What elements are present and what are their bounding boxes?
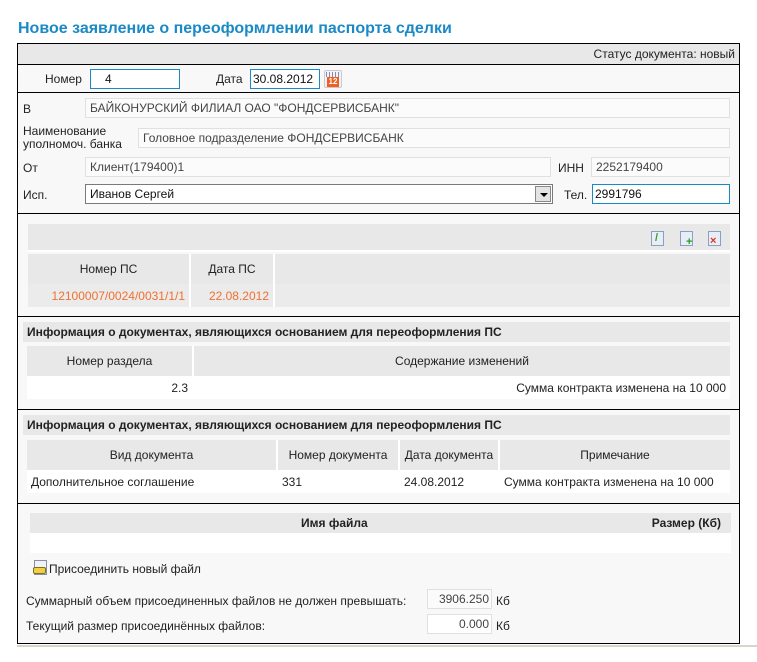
documents-table: Вид документа Номер документа Дата докум… bbox=[27, 440, 730, 493]
ps-number-cell[interactable]: 12100007/0024/0031/1/1 bbox=[28, 284, 190, 307]
chevron-down-icon[interactable] bbox=[535, 186, 551, 202]
add-icon[interactable]: + bbox=[680, 231, 693, 246]
ps-block: / + × Номер ПС Дата ПС 12100007/0024/003… bbox=[18, 214, 739, 317]
ps-toolbar: / + × bbox=[28, 224, 730, 252]
documents-section-title: Информация о документах, являющихся осно… bbox=[23, 415, 730, 435]
table-row[interactable]: Дополнительное соглашение 331 24.08.2012… bbox=[27, 470, 730, 493]
inn-label: ИНН bbox=[558, 161, 584, 175]
edit-icon[interactable]: / bbox=[651, 231, 664, 246]
calendar-icon[interactable]: 12 bbox=[324, 70, 342, 88]
from-field[interactable]: Клиент(179400)1 bbox=[85, 157, 551, 177]
column-header-file-size: Размер (Кб) bbox=[652, 516, 721, 530]
column-header-section-number: Номер раздела bbox=[27, 346, 193, 376]
column-header-doc-date: Дата документа bbox=[399, 440, 499, 470]
date-input[interactable]: 30.08.2012 bbox=[250, 69, 320, 89]
date-label: Дата bbox=[216, 72, 243, 86]
attach-file-icon[interactable] bbox=[34, 560, 47, 575]
current-size-field: 0.000 bbox=[427, 614, 492, 634]
section-number-cell: 2.3 bbox=[27, 376, 193, 399]
documents-section: Информация о документах, являющихся осно… bbox=[18, 410, 739, 504]
max-size-unit: Кб bbox=[496, 594, 510, 608]
doc-date-cell: 24.08.2012 bbox=[399, 470, 499, 493]
files-section: Имя файла Размер (Кб) Присоединить новый… bbox=[18, 504, 739, 643]
changes-table: Номер раздела Содержание изменений 2.3 С… bbox=[27, 346, 730, 399]
parties-block: В БАЙКОНУРСКИЙ ФИЛИАЛ ОАО "ФОНДСЕРВИСБАН… bbox=[18, 93, 739, 214]
ps-date-cell[interactable]: 22.08.2012 bbox=[190, 284, 274, 307]
attach-new-file-link[interactable]: Присоединить новый файл bbox=[49, 562, 201, 576]
column-header-ps-date: Дата ПС bbox=[190, 254, 274, 284]
number-input[interactable]: 4 bbox=[90, 69, 180, 89]
divider bbox=[17, 645, 757, 647]
doc-number-cell: 331 bbox=[277, 470, 399, 493]
column-header-ps-number: Номер ПС bbox=[28, 254, 190, 284]
changes-content-cell: Сумма контракта изменена на 10 000 bbox=[193, 376, 730, 399]
delete-icon[interactable]: × bbox=[708, 231, 721, 246]
changes-section-title: Информация о документах, являющихся осно… bbox=[23, 322, 730, 342]
column-header-file-name: Имя файла bbox=[301, 516, 368, 530]
column-header-doc-note: Примечание bbox=[499, 440, 730, 470]
page-title: Новое заявление о переоформлении паспорт… bbox=[18, 20, 452, 38]
ps-table: Номер ПС Дата ПС 12100007/0024/0031/1/1 … bbox=[28, 254, 730, 307]
column-header-doc-number: Номер документа bbox=[277, 440, 399, 470]
to-field[interactable]: БАЙКОНУРСКИЙ ФИЛИАЛ ОАО "ФОНДСЕРВИСБАНК" bbox=[85, 98, 730, 118]
number-date-row: Номер 4 Дата 30.08.2012 12 bbox=[18, 65, 739, 93]
auth-bank-field[interactable]: Головное подразделение ФОНДСЕРВИСБАНК bbox=[138, 128, 730, 148]
column-header-changes-content: Содержание изменений bbox=[193, 346, 730, 376]
document-status: Статус документа: новый bbox=[594, 47, 735, 61]
max-size-label: Суммарный объем присоединенных файлов не… bbox=[26, 594, 406, 608]
application-form: Статус документа: новый Номер 4 Дата 30.… bbox=[17, 43, 740, 644]
auth-bank-label: Наименование уполномоч. банка bbox=[23, 125, 122, 151]
max-size-field: 3906.250 bbox=[427, 589, 492, 609]
column-header-doc-type: Вид документа bbox=[27, 440, 277, 470]
table-row[interactable]: 12100007/0024/0031/1/1 22.08.2012 bbox=[28, 284, 730, 307]
inn-field[interactable]: 2252179400 bbox=[591, 157, 730, 177]
phone-input[interactable]: 2991796 bbox=[592, 184, 730, 204]
number-label: Номер bbox=[45, 72, 82, 86]
doc-type-cell: Дополнительное соглашение bbox=[27, 470, 277, 493]
files-table-body bbox=[30, 533, 731, 553]
from-label: От bbox=[23, 161, 38, 175]
executor-label: Исп. bbox=[23, 188, 47, 202]
files-table-header: Имя файла Размер (Кб) bbox=[30, 513, 731, 533]
status-bar: Статус документа: новый bbox=[18, 44, 739, 65]
phone-label: Тел. bbox=[564, 188, 587, 202]
current-size-unit: Кб bbox=[496, 619, 510, 633]
current-size-label: Текущий размер присоединённых файлов: bbox=[26, 619, 265, 633]
changes-section: Информация о документах, являющихся осно… bbox=[18, 317, 739, 410]
doc-note-cell: Сумма контракта изменена на 10 000 bbox=[499, 470, 730, 493]
to-label: В bbox=[23, 102, 31, 116]
table-row[interactable]: 2.3 Сумма контракта изменена на 10 000 bbox=[27, 376, 730, 399]
executor-select[interactable]: Иванов Сергей bbox=[85, 184, 553, 204]
